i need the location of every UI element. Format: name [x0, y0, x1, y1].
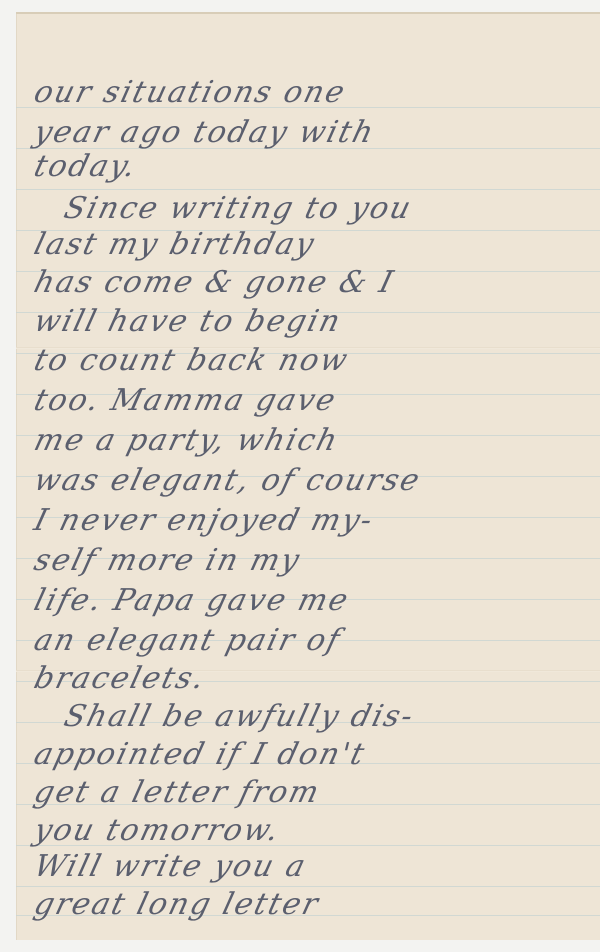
text-line: self more in my — [30, 542, 305, 580]
text-line: Since writing to you — [60, 190, 416, 228]
text-line: our situations one — [30, 74, 350, 112]
text-line: has come & gone & I — [30, 264, 398, 302]
text-line: will have to begin — [30, 303, 346, 341]
text-line: life. Papa gave me — [30, 582, 353, 620]
text-line: bracelets. — [30, 660, 210, 698]
text-line: year ago today with — [30, 114, 379, 152]
text-line: you tomorrow. — [30, 812, 284, 850]
text-line: Shall be awfully dis- — [60, 698, 418, 736]
text-line: last my birthday — [30, 226, 319, 264]
text-line: too. Mamma gave — [30, 382, 341, 420]
text-line: great long letter — [30, 886, 324, 924]
letter-page: our situations one year ago today with t… — [16, 12, 600, 940]
text-line: to count back now — [30, 342, 353, 380]
text-line: I never enjoyed my- — [30, 502, 378, 540]
text-line: Will write you a — [30, 848, 311, 886]
text-line: get a letter from — [30, 774, 324, 812]
text-line: was elegant, of course — [30, 462, 425, 500]
text-line: appointed if I don't — [30, 736, 370, 774]
text-line: today. — [30, 148, 141, 186]
text-line: me a party, which — [30, 422, 343, 460]
text-line: an elegant pair of — [30, 622, 345, 660]
